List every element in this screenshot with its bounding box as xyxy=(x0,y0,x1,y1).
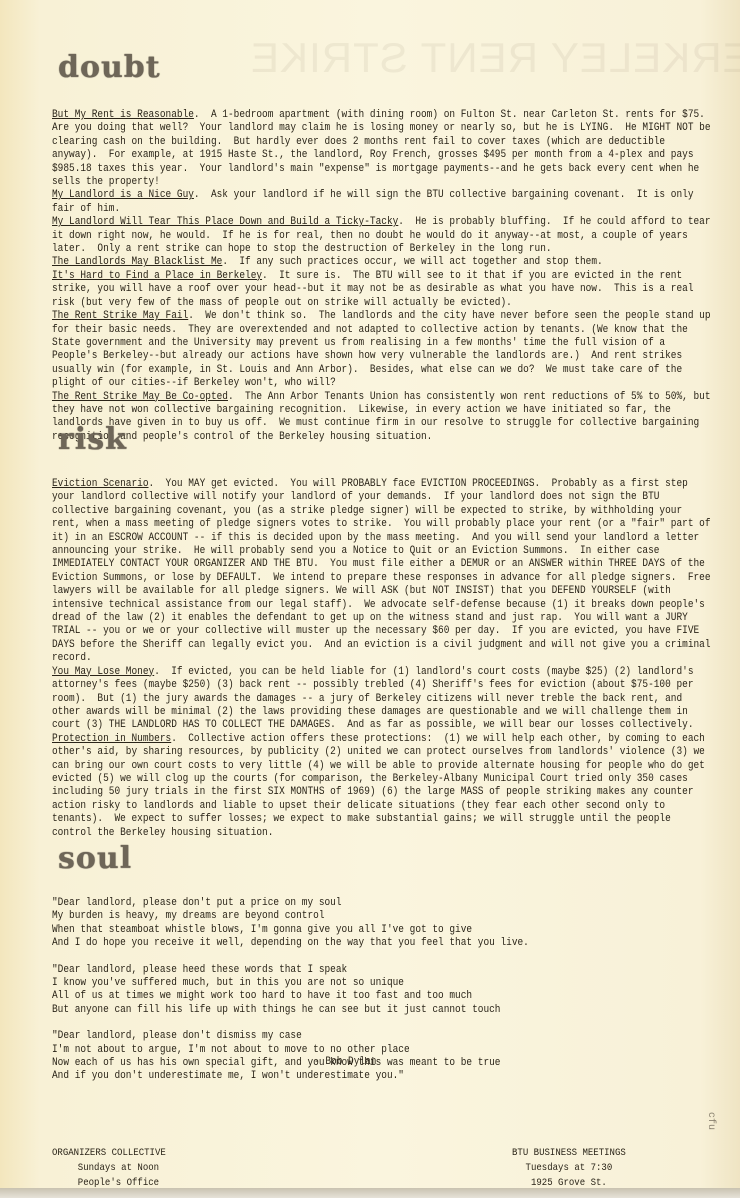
lyric-line: "Dear landlord, please don't dismiss my … xyxy=(52,1030,529,1043)
lyric-line: All of us at times we might work too har… xyxy=(52,990,529,1003)
paragraph: It's Hard to Find a Place in Berkeley. I… xyxy=(52,270,712,310)
lyrics-attribution: - Bob Dylan xyxy=(314,1056,376,1069)
footer-left-title: ORGANIZERS COLLECTIVE xyxy=(52,1147,166,1159)
paragraph: The Rent Strike May Fail. We don't think… xyxy=(52,310,712,390)
paragraph-lead: It's Hard to Find a Place in Berkeley xyxy=(52,270,262,282)
footer-business-meetings: BTU BUSINESS MEETINGS Tuesdays at 7:30 1… xyxy=(512,1146,626,1191)
paragraph-lead: Eviction Scenario xyxy=(52,478,149,490)
lyric-line: But anyone can fill his life up with thi… xyxy=(52,1004,529,1017)
paragraph-lead: The Rent Strike May Fail xyxy=(52,310,188,322)
paragraph-text: . You MAY get evicted. You will PROBABLY… xyxy=(52,478,716,664)
footer-left-line2: People's Office xyxy=(52,1176,166,1191)
heading-doubt: doubt xyxy=(58,50,161,85)
lyric-line: "Dear landlord, please heed these words … xyxy=(52,964,529,977)
paragraph-lead: Protection in Numbers xyxy=(52,733,171,745)
heading-risk: risk xyxy=(58,422,127,457)
footer-right-title: BTU BUSINESS MEETINGS xyxy=(512,1146,626,1161)
footer-right-line2: 1925 Grove St. xyxy=(512,1176,626,1191)
lyric-stanza: "Dear landlord, please don't put a price… xyxy=(52,897,529,951)
lyric-line: When that steamboat whistle blows, I'm g… xyxy=(52,924,529,937)
paragraph: The Rent Strike May Be Co-opted. The Ann… xyxy=(52,391,712,445)
lyric-line: I'm not about to argue, I'm not about to… xyxy=(52,1044,529,1057)
paragraph-lead: My Landlord is a Nice Guy xyxy=(52,189,194,201)
paragraph: You May Lose Money. If evicted, you can … xyxy=(52,666,712,733)
doubt-section: But My Rent is Reasonable. A 1-bedroom a… xyxy=(52,109,712,444)
paragraph-lead: You May Lose Money xyxy=(52,666,154,678)
paragraph: Protection in Numbers. Collective action… xyxy=(52,733,712,840)
lyric-line: Now each of us has his own special gift,… xyxy=(52,1057,529,1070)
paragraph: Eviction Scenario. You MAY get evicted. … xyxy=(52,478,712,666)
heading-soul: soul xyxy=(58,841,132,876)
risk-section: Eviction Scenario. You MAY get evicted. … xyxy=(52,478,712,840)
paragraph-lead: The Rent Strike May Be Co-opted xyxy=(52,391,228,403)
footer-left-line1: Sundays at Noon xyxy=(52,1161,166,1176)
soul-lyrics: "Dear landlord, please don't put a price… xyxy=(52,897,529,1084)
lyric-line: I know you've suffered much, but in this… xyxy=(52,977,529,990)
paragraph: But My Rent is Reasonable. A 1-bedroom a… xyxy=(52,109,712,189)
paragraph-text: . Collective action offers these protect… xyxy=(52,733,711,839)
side-mark: cfu xyxy=(705,1112,716,1130)
paragraph-lead: The Landlords May Blacklist Me xyxy=(52,256,222,268)
lyric-line: My burden is heavy, my dreams are beyond… xyxy=(52,910,529,923)
lyric-stanza: "Dear landlord, please don't dismiss my … xyxy=(52,1030,529,1084)
paragraph-text: . If any such practices occur, we will a… xyxy=(222,256,602,268)
paragraph-lead: But My Rent is Reasonable xyxy=(52,109,194,121)
bleed-through-title: the GREAT BERKELEY RENT STRIKE xyxy=(250,34,740,82)
paragraph: My Landlord is a Nice Guy. Ask your land… xyxy=(52,189,712,216)
paragraph-lead: My Landlord Will Tear This Place Down an… xyxy=(52,216,398,228)
lyric-line: And I do hope you receive it well, depen… xyxy=(52,937,529,950)
lyric-line: And if you don't underestimate me, I won… xyxy=(52,1070,529,1083)
footer-organizers: ORGANIZERS COLLECTIVE Sundays at Noon Pe… xyxy=(52,1146,166,1191)
paragraph: My Landlord Will Tear This Place Down an… xyxy=(52,216,712,256)
paragraph: The Landlords May Blacklist Me. If any s… xyxy=(52,256,712,269)
footer-right-line1: Tuesdays at 7:30 xyxy=(512,1161,626,1176)
lyric-stanza: "Dear landlord, please heed these words … xyxy=(52,964,529,1018)
lyric-line: "Dear landlord, please don't put a price… xyxy=(52,897,529,910)
